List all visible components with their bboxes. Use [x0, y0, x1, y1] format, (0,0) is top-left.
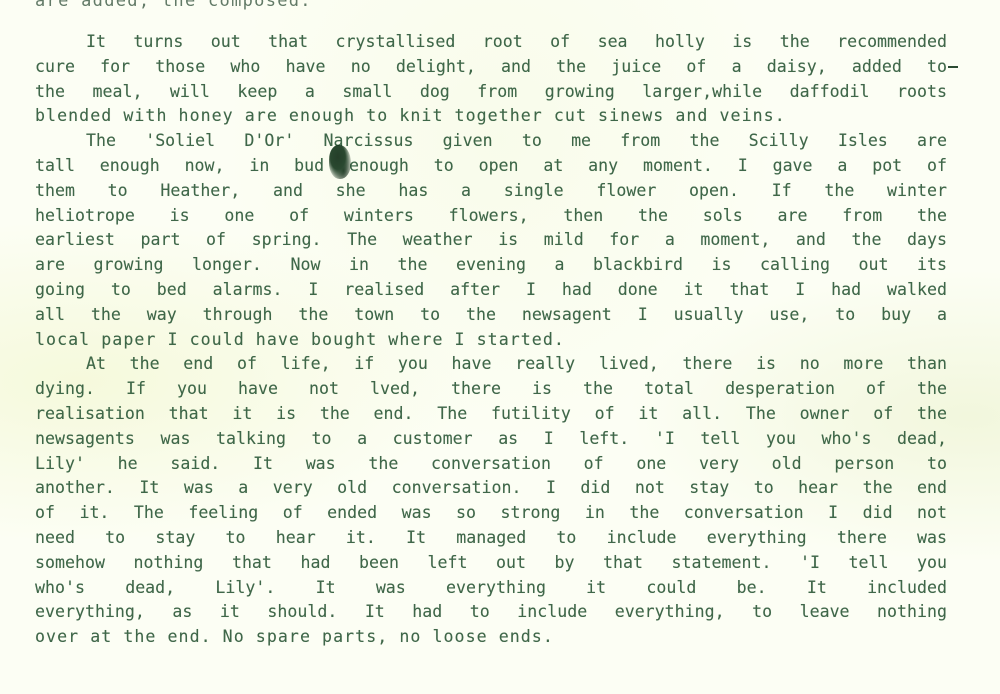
- text-line: over at the end. No spare parts, no loos…: [35, 625, 947, 650]
- text-line: local paper I could have bought where I …: [35, 328, 947, 353]
- text-line: another. It was a very old conversation.…: [35, 476, 947, 501]
- text-line: earliest part of spring. The weather is …: [35, 228, 947, 253]
- text-line: realisation that it is the end. The futi…: [35, 402, 947, 427]
- text-line: blended with honey are enough to knit to…: [35, 104, 947, 129]
- cutoff-top-line: are added, the composed.: [35, 0, 312, 11]
- text-line: Lily' he said. It was the conversation o…: [35, 452, 947, 477]
- text-line: cure for those who have no delight, and …: [35, 55, 947, 80]
- text-line: all the way through the town to the news…: [35, 303, 947, 328]
- text-line: them to Heather, and she has a single fl…: [35, 179, 947, 204]
- text-line: of it. The feeling of ended was so stron…: [35, 501, 947, 526]
- text-line: are growing longer. Now in the evening a…: [35, 253, 947, 278]
- ink-blot-mark: [329, 145, 351, 179]
- text-line: dying. If you have not lved, there is th…: [35, 377, 947, 402]
- text-line: newsagents was talking to a customer as …: [35, 427, 947, 452]
- typed-text-body: It turns out that crystallised root of s…: [35, 30, 947, 650]
- margin-dash-mark: [948, 66, 958, 68]
- text-line: the meal, will keep a small dog from gro…: [35, 80, 947, 105]
- text-line: heliotrope is one of winters flowers, th…: [35, 204, 947, 229]
- text-line: The 'Soliel D'Or' Narcissus given to me …: [35, 129, 947, 154]
- text-line: everything, as it should. It had to incl…: [35, 600, 947, 625]
- text-line: need to stay to hear it. It managed to i…: [35, 526, 947, 551]
- text-line: tall enough now, in bud enough to open a…: [35, 154, 947, 179]
- text-line: going to bed alarms. I realised after I …: [35, 278, 947, 303]
- text-line: somehow nothing that had been left out b…: [35, 551, 947, 576]
- text-line: At the end of life, if you have really l…: [35, 352, 947, 377]
- text-line: It turns out that crystallised root of s…: [35, 30, 947, 55]
- text-line: who's dead, Lily'. It was everything it …: [35, 576, 947, 601]
